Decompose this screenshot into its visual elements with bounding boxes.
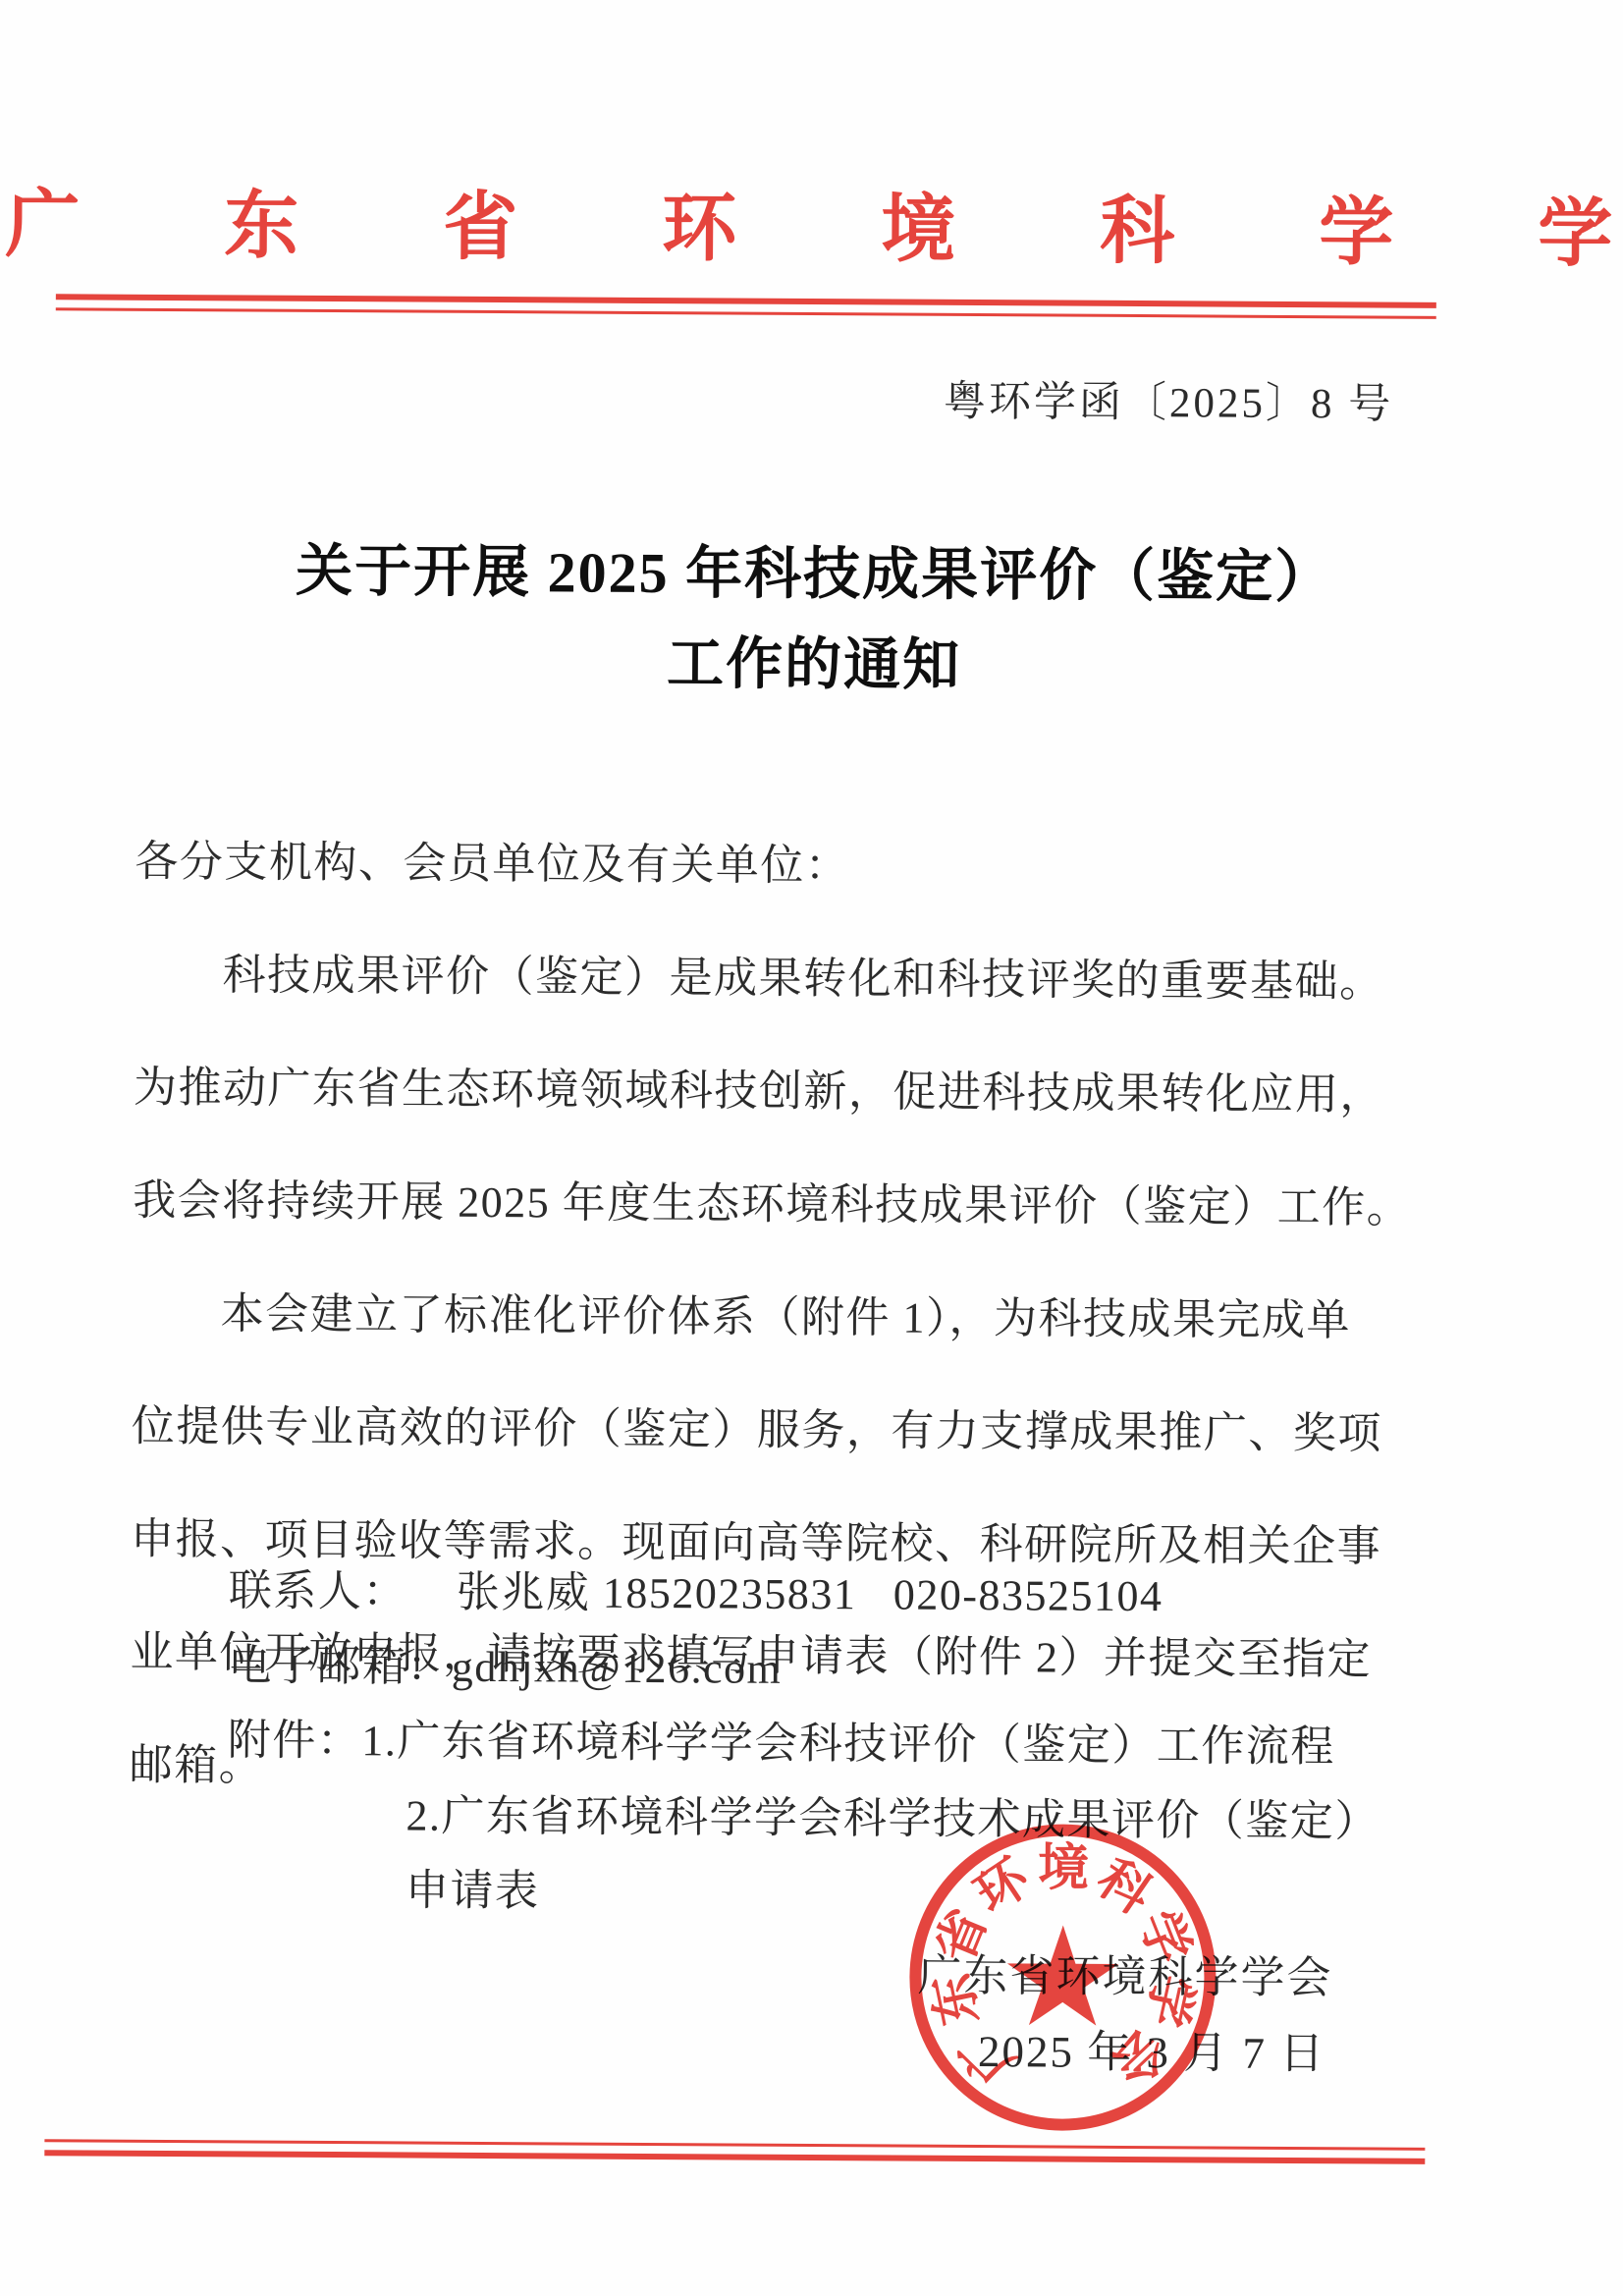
seal-ring-char: 广 [948,2016,1026,2094]
notice-title-line-2: 工作的通知 [2,628,1623,702]
seal-ring-char: 境 [1036,1841,1091,1896]
contact-email-line: 电子邮箱：gdhjxh@126.com [228,1628,782,1706]
document-page: 广 东 省 环 境 科 学 学 会 粤环学函〔2025〕8 号 关于开展 202… [0,0,1623,2296]
contact-person-line: 联系人： 张兆威 18520235831 020-83525104 [229,1554,1163,1634]
body-line: 位提供专业高效的评价（鉴定）服务，有力支撑成果推广、奖项 [132,1388,1437,1473]
body-line: 各分支机构、会员单位及有关单位： [135,823,1440,908]
letterhead-org-name: 广 东 省 环 境 科 学 学 会 [5,188,1623,272]
star-icon [1004,1925,1121,2036]
notice-title-line-1: 关于开展 2025 年科技成果评价（鉴定） [3,537,1623,612]
seal-ring-char: 东 [925,1967,990,2032]
official-seal: 广东省环境科学学会 [908,1824,1217,2132]
footer-rule-thin [44,2139,1425,2151]
attachment-line-3: 申请表 [406,1853,540,1929]
seal-ring-char: 会 [1099,2017,1176,2095]
header-rule-thick [56,294,1436,308]
body-line: 本会建立了标准化评价体系（附件 1），为科技成果完成单 [132,1275,1437,1360]
body-line: 科技成果评价（鉴定）是成果转化和科技评奖的重要基础。 [134,936,1439,1021]
header-rule-thin [56,307,1436,319]
attachment-line-2: 2.广东省环境科学学会科学技术成果评价（鉴定） [406,1778,1380,1859]
body-line: 为推动广东省生态环境领域科技创新，促进科技成果转化应用， [134,1049,1439,1134]
footer-rule-thick [44,2150,1425,2164]
doc-number: 粤环学函〔2025〕8 号 [944,378,1394,430]
body-line: 我会将持续开展 2025 年度生态环境科技成果评价（鉴定）工作。 [133,1162,1438,1247]
scan-tilt-wrapper: 广 东 省 环 境 科 学 学 会 粤环学函〔2025〕8 号 关于开展 202… [0,0,1623,2296]
attachment-line-1: 附件：1.广东省环境科学学会科技评价（鉴定）工作流程 [228,1703,1335,1784]
seal-ring: 广东省环境科学学会 [922,1871,1205,1873]
